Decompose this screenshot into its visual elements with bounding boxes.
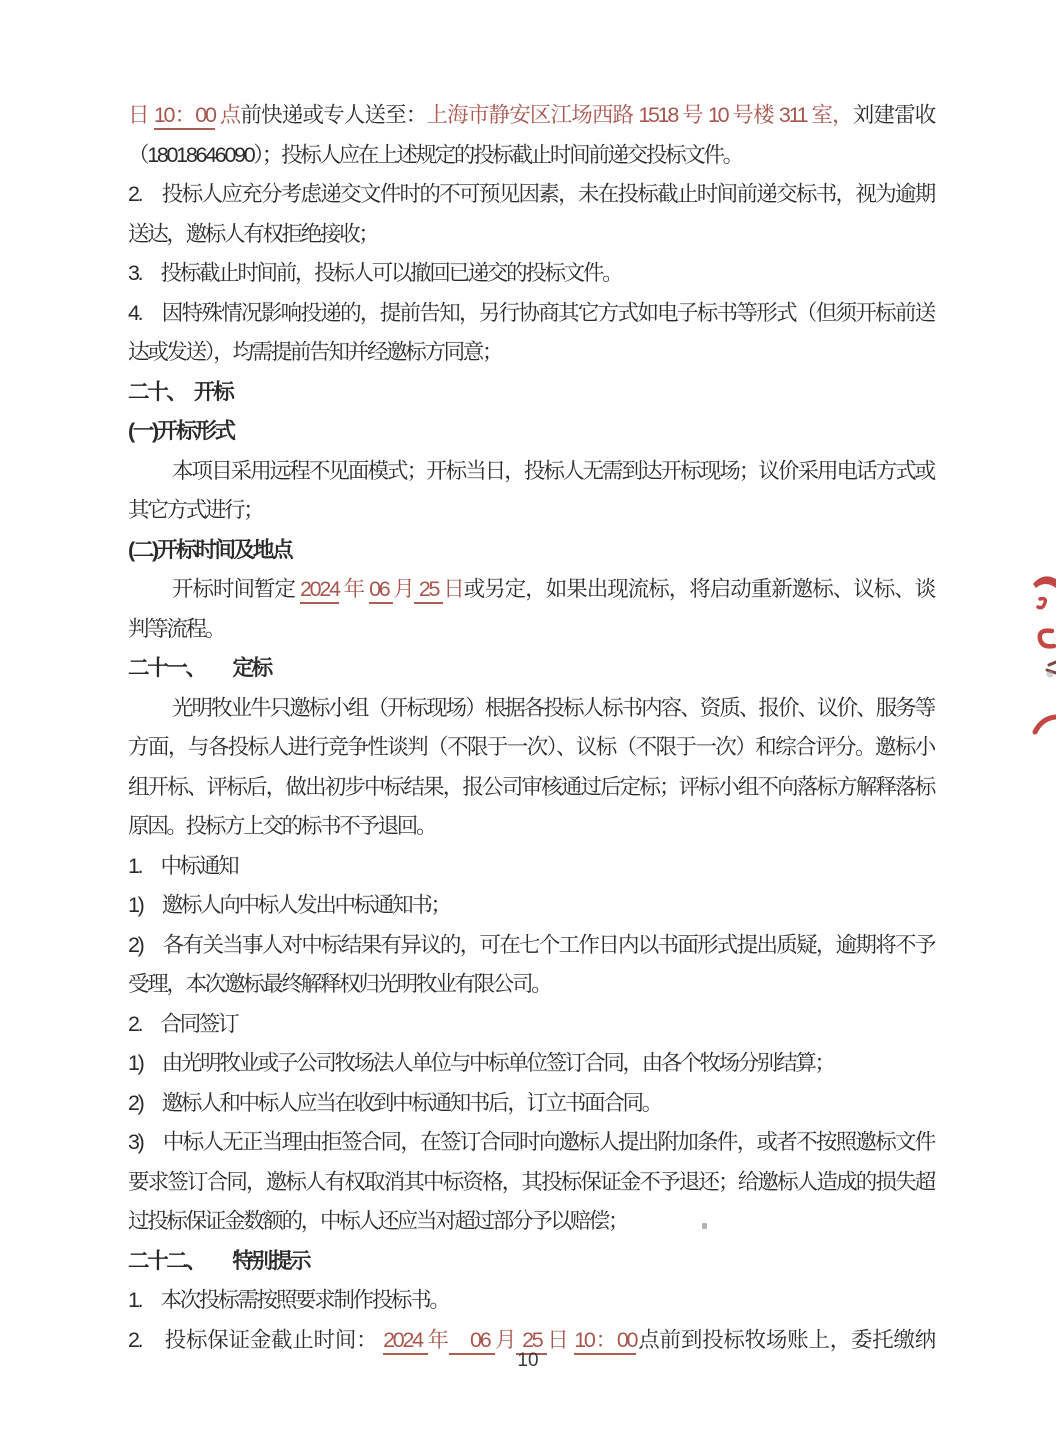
body-text: 2) 邀标人和中标人应当在收到中标通知书后，订立书面合同。 [128,1091,661,1115]
heading-20-1: (一)开标形式 [128,412,934,452]
line-item-4: 4. 因特殊情况影响投递的，提前告知，另行协商其它方式如电子标书等形式（但须开标… [128,294,934,334]
highlighted-red-text: 上海市静安区江场西路 1518 号 10 号楼 311 室， [427,103,853,127]
line-open-mode: 本项目采用远程不见面模式；开标当日，投标人无需到达开标现场；议价采用电话方式或 [128,452,934,492]
body-text: 要求签订合同，邀标人有权取消其中标资格，其投标保证金不予退还；给邀标人造成的损失… [128,1170,934,1194]
body-text: 2) 各有关当事人对中标结果有异议的，可在七个工作日内以书面形式提出质疑，逾期将… [128,933,934,957]
line-delivery-deadline: 日 10：00 点前快递或专人送至：上海市静安区江场西路 1518 号 10 号… [128,96,934,136]
line-notice-title: 1. 中标通知 [128,847,934,887]
body-text: 开标时间暂定 [172,577,300,601]
line-contract-1: 1) 由光明牧业或子公司牧场法人单位与中标单位签订合同，由各个牧场分别结算； [128,1044,934,1084]
line-notice-2-cont: 受理，本次邀标最终解释权归光明牧业有限公司。 [128,965,934,1005]
body-text: 二十、 开标 [128,380,232,404]
line-item-2-cont: 送达，邀标人有权拒绝接收； [128,215,934,255]
highlighted-red-text: 月 [495,1328,516,1352]
body-text: 光明牧业牛只邀标小组（开标现场）根据各投标人标书内容、资质、报价、议价、服务等 [172,696,934,720]
filled-blank-value: 06 [369,577,393,604]
line-item-3: 3. 投标截止时间前，投标人可以撤回已递交的投标文件。 [128,254,934,294]
body-text: (二)开标时间及地点 [128,538,291,562]
line-contract-title: 2. 合同签订 [128,1005,934,1045]
highlighted-red-text: 年 [428,1328,449,1352]
body-text: 方面，与各投标人进行竞争性谈判（不限于一次）、议标（不限于一次）和综合评分。邀标… [128,735,934,759]
line-item-4-cont: 达或发送），均需提前告知并经邀标方同意； [128,333,934,373]
red-mark-stroke [1035,717,1056,732]
line-award-4: 原因。投标方上交的标书不予退回。 [128,807,934,847]
line-contract-3c: 过投标保证金数额的，中标人还应当对超过部分予以赔偿； [128,1202,934,1242]
line-notice-2: 2) 各有关当事人对中标结果有异议的，可在七个工作日内以书面形式提出质疑，逾期将… [128,926,934,966]
body-text: （18018646090）；投标人应在上述规定的投标截止时间前递交投标文件。 [128,143,742,167]
body-text: 二十二、 特别提示 [128,1249,309,1273]
body-text: 判等流程。 [128,617,224,641]
body-text: 或另定，如果出现流标，将启动重新邀标、议标、谈 [464,577,934,601]
red-pen-margin-marks [1030,568,1056,748]
heading-section-20: 二十、 开标 [128,373,934,413]
body-text: 4. 因特殊情况影响投递的，提前告知，另行协商其它方式如电子标书等形式（但须开标… [128,301,934,325]
highlighted-red-text: 日 [443,577,464,601]
body-text: 2. 投标人应充分考虑递交文件时的不可预见因素，未在投标截止时间前递交标书，视为… [128,182,934,206]
line-contract-3: 3) 中标人无正当理由拒签合同，在签订合同时向邀标人提出附加条件，或者不按照邀标… [128,1123,934,1163]
line-contract-2: 2) 邀标人和中标人应当在收到中标通知书后，订立书面合同。 [128,1084,934,1124]
body-text: 过投标保证金数额的，中标人还应当对超过部分予以赔偿； [128,1209,627,1233]
red-mark-stroke [1038,599,1045,608]
scanned-document-page: { "page": { "number": "10", "background"… [0,0,1056,1439]
line-award-3: 组开标、评标后，做出初步中标结果，报公司审核通过后定标；评标小组不向落标方解释落… [128,768,934,808]
body-text: 1) 由光明牧业或子公司牧场法人单位与中标单位签订合同，由各个牧场分别结算； [128,1051,834,1075]
heading-section-22: 二十二、 特别提示 [128,1242,934,1282]
body-text: 2. 投标保证金截止时间： [128,1328,383,1352]
body-text: 前快递或专人送至： [240,103,426,127]
body-text: 达或发送），均需提前告知并经邀标方同意； [128,340,501,364]
line-open-time-cont: 判等流程。 [128,610,934,650]
document-body: 日 10：00 点前快递或专人送至：上海市静安区江场西路 1518 号 10 号… [128,96,934,1360]
scan-artifact-speck [702,1223,707,1229]
body-text: 3. 投标截止时间前，投标人可以撤回已递交的投标文件。 [128,261,621,285]
line-notice-1: 1) 邀标人向中标人发出中标通知书； [128,886,934,926]
gray-smudge [1047,671,1054,678]
highlighted-red-text: 年 [339,577,369,601]
body-text: 其它方式进行； [128,498,262,522]
body-text: 1. 中标通知 [128,854,237,878]
page-number: 10 [0,1350,1056,1372]
filled-blank-value: 25 [414,577,443,604]
body-text: 1. 本次投标需按照要求制作投标书。 [128,1288,449,1312]
body-text: (一)开标形式 [128,419,234,443]
body-text: 1) 邀标人向中标人发出中标通知书； [128,893,450,917]
body-text: 组开标、评标后，做出初步中标结果，报公司审核通过后定标；评标小组不向落标方解释落… [128,775,934,799]
highlighted-red-text: 日 [128,103,154,127]
filled-blank-value: 10：00 [154,103,215,130]
highlighted-red-text: 点 [215,103,241,127]
body-text: 刘建雷收 [853,103,934,127]
body-text: 3) 中标人无正当理由拒签合同，在签订合同时向邀标人提出附加条件，或者不按照邀标… [128,1130,934,1154]
body-text: 点前到投标牧场账上，委托缴纳 [636,1328,934,1352]
line-open-mode-cont: 其它方式进行； [128,491,934,531]
line-contract-3b: 要求签订合同，邀标人有权取消其中标资格，其投标保证金不予退还；给邀标人造成的损失… [128,1163,934,1203]
line-award-2: 方面，与各投标人进行竞争性谈判（不限于一次）、议标（不限于一次）和综合评分。邀标… [128,728,934,768]
highlighted-red-text: 日 [547,1328,574,1352]
body-text: 本项目采用远程不见面模式；开标当日，投标人无需到达开标现场；议价采用电话方式或 [172,459,934,483]
line-item-2: 2. 投标人应充分考虑递交文件时的不可预见因素，未在投标截止时间前递交标书，视为… [128,175,934,215]
line-award-1: 光明牧业牛只邀标小组（开标现场）根据各投标人标书内容、资质、报价、议价、服务等 [128,689,934,729]
red-mark-stroke [1033,576,1056,588]
heading-20-2: (二)开标时间及地点 [128,531,934,571]
body-text: 二十一、 定标 [128,656,271,680]
heading-section-21: 二十一、 定标 [128,649,934,689]
line-special-1: 1. 本次投标需按照要求制作投标书。 [128,1281,934,1321]
body-text: 2. 合同签订 [128,1012,237,1036]
highlighted-red-text: 月 [393,577,414,601]
red-mark-stroke [1040,631,1054,647]
body-text: 送达，邀标人有权拒绝接收； [128,222,378,246]
filled-blank-value: 2024 [300,577,339,604]
line-contact-phone: （18018646090）；投标人应在上述规定的投标截止时间前递交投标文件。 [128,136,934,176]
body-text: 受理，本次邀标最终解释权归光明牧业有限公司。 [128,972,550,996]
body-text: 原因。投标方上交的标书不予退回。 [128,814,435,838]
line-open-time: 开标时间暂定 2024 年 06 月 25 日或另定，如果出现流标，将启动重新邀… [128,570,934,610]
